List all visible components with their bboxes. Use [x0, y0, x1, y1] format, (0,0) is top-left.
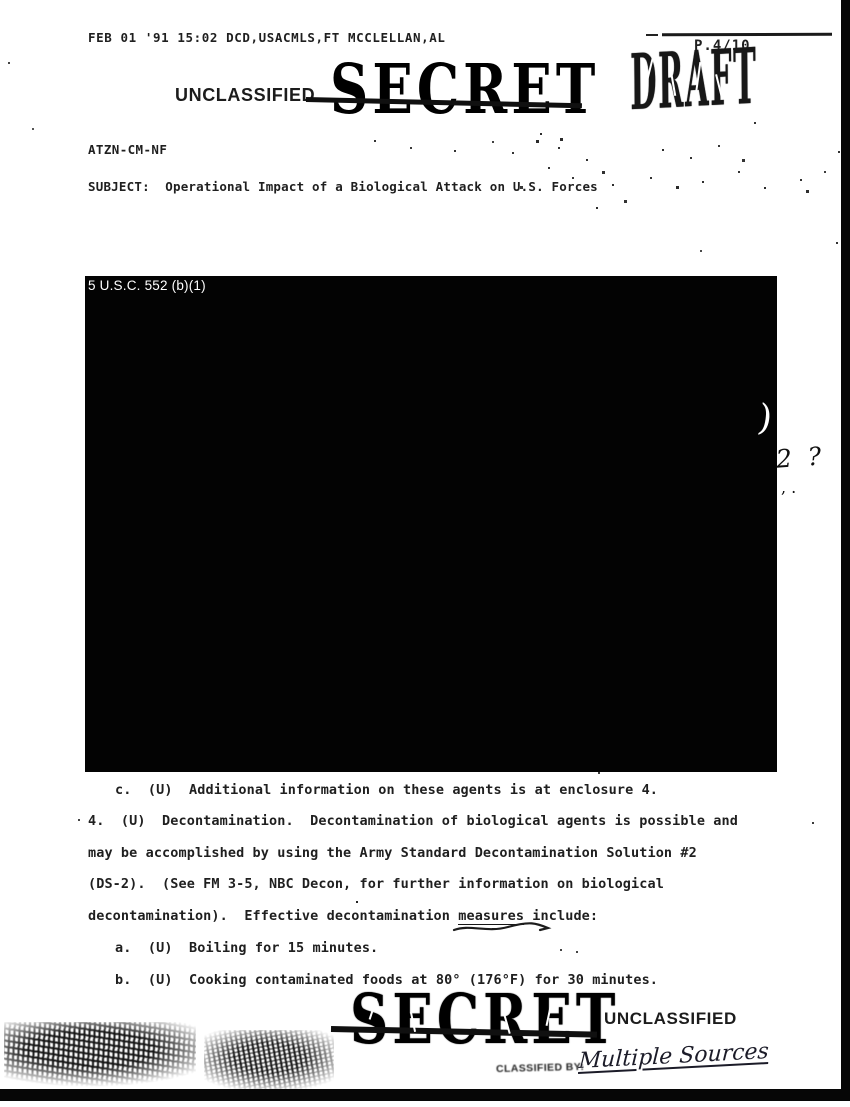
- body-line-4c: (DS-2). (See FM 3-5, NBC Decon, for furt…: [88, 876, 664, 892]
- secret-stamp-top: SECRET: [330, 56, 599, 125]
- body-line-c: c. (U) Additional information on these a…: [115, 782, 658, 798]
- scanner-edge-bottom: [0, 1089, 843, 1101]
- classified-by-label: CLASSIFIED BY:: [496, 1061, 585, 1075]
- body-line-4b: may be accomplished by using the Army St…: [88, 845, 697, 861]
- scan-noise-marks: [0, 0, 3, 3]
- unclassified-stamp-top: UNCLASSIFIED: [175, 85, 315, 106]
- body-line-4d-prefix: decontamination). Effective decontaminat…: [88, 908, 458, 924]
- unclassified-stamp-bottom: UNCLASSIFIED: [604, 1009, 737, 1029]
- draft-stamp: DRAFT: [630, 37, 758, 120]
- margin-annotation-note: 2 ?: [775, 441, 826, 473]
- redaction-box: 5 U.S.C. 552 (b)(1): [85, 276, 777, 772]
- margin-annotation-comma: , .: [781, 478, 796, 497]
- subject-line: SUBJECT: Operational Impact of a Biologi…: [88, 179, 598, 194]
- handwritten-squiggle: [452, 921, 552, 935]
- office-symbol: ATZN-CM-NF: [88, 142, 167, 157]
- secret-stamp-bottom: SECRET: [350, 986, 619, 1055]
- body-line-a: a. (U) Boiling for 15 minutes.: [115, 940, 378, 956]
- fax-header-text: FEB 01 '91 15:02 DCD,USACMLS,FT MCCLELLA…: [88, 30, 446, 45]
- illegible-stamp-right: [204, 1030, 334, 1092]
- body-line-4a: 4. (U) Decontamination. Decontamination …: [88, 813, 738, 829]
- scanner-edge-right: [841, 0, 850, 1101]
- scanned-document-page: FEB 01 '91 15:02 DCD,USACMLS,FT MCCLELLA…: [0, 0, 850, 1107]
- redaction-exemption-label: 5 U.S.C. 552 (b)(1): [88, 278, 206, 293]
- illegible-stamp-left: [4, 1022, 196, 1090]
